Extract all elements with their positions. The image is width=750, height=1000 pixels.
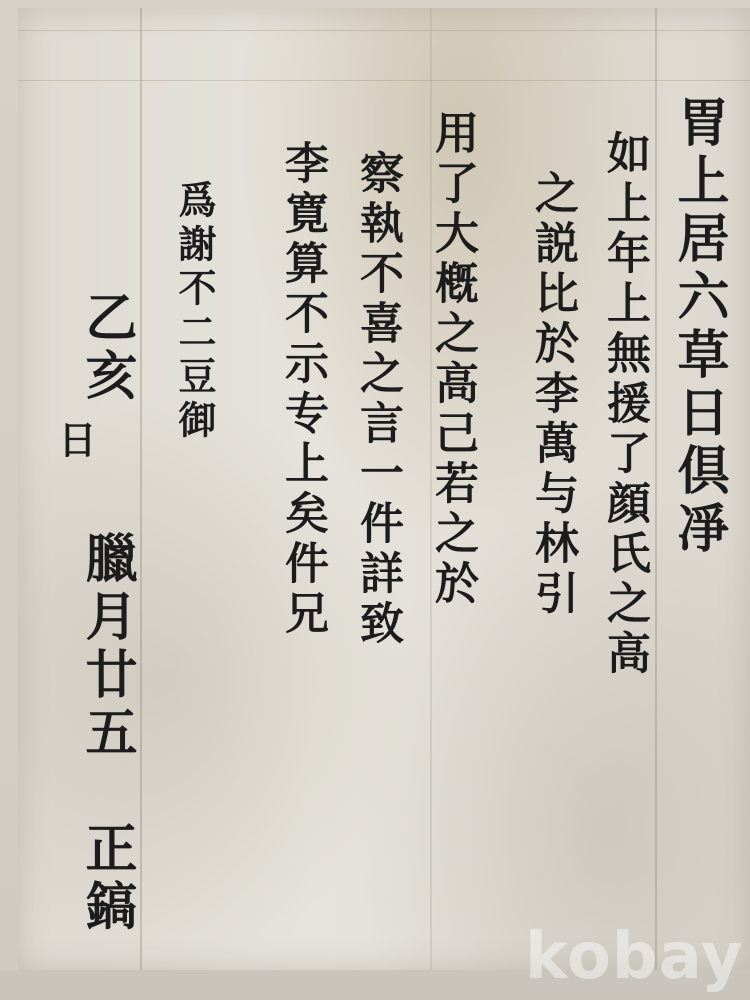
date-signature-column: 乙亥 臘月廿五 正鎬	[80, 290, 132, 937]
paper-seam	[655, 8, 657, 970]
text-column-9: 日	[55, 420, 93, 464]
text-column-5: 察執不喜之言一件詳致	[355, 150, 399, 650]
fold-line	[18, 30, 750, 31]
text-column-2: 如上年上無援了顔氏之高	[602, 130, 646, 680]
paper-seam	[140, 8, 142, 970]
watermark: kobay	[525, 920, 744, 994]
text-column-3: 之説比於李萬与林引	[530, 170, 574, 620]
text-column-1: 胃上居六草日倶凈	[672, 95, 724, 559]
text-column-7: 爲謝不二豆御	[175, 180, 213, 444]
fold-line	[18, 80, 750, 81]
text-column-4: 用了大槪之高己若之於	[430, 110, 474, 610]
text-column-6: 李寛算不示专上矣件兄	[280, 140, 324, 640]
